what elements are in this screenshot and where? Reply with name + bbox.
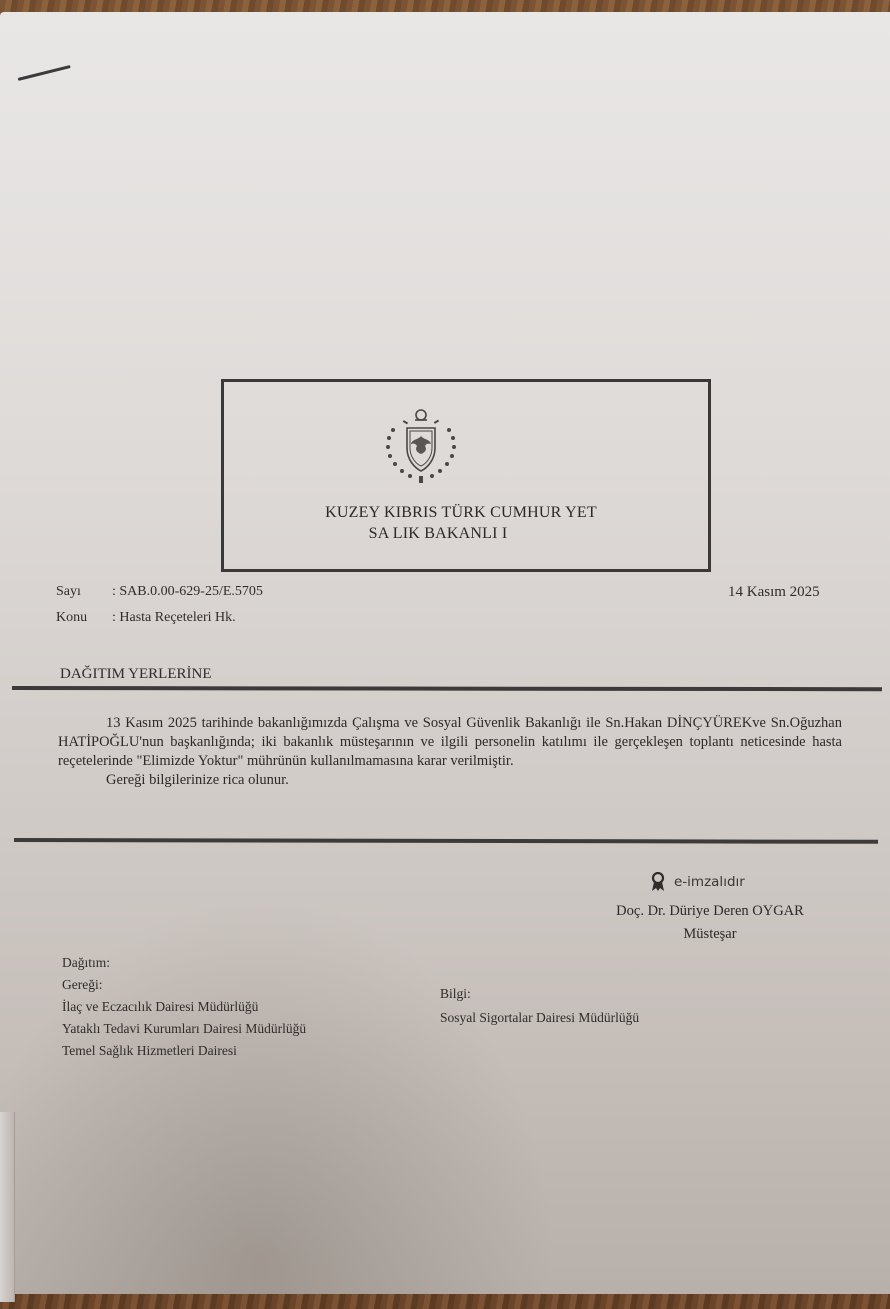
signer-title: Müsteşar	[660, 926, 760, 943]
ribbon-badge-icon	[650, 872, 666, 892]
letterhead-box: KUZEY KIBRIS TÜRK CUMHUR YET SA LIK BAKA…	[221, 379, 711, 572]
distribution-heading: Dağıtım:	[62, 952, 306, 974]
body-rule	[14, 838, 878, 844]
reference-number-label: Sayı	[56, 584, 112, 600]
document-date: 14 Kasım 2025	[728, 584, 820, 601]
letter-body: 13 Kasım 2025 tarihinde bakanlığımızda Ç…	[58, 714, 842, 790]
subject-label: Konu	[56, 610, 112, 626]
addressee-heading: DAĞITIM YERLERİNE	[60, 666, 212, 683]
body-paragraph: 13 Kasım 2025 tarihinde bakanlığımızda Ç…	[58, 714, 842, 771]
signer-name: Doç. Dr. Düriye Deren OYGAR	[590, 903, 830, 920]
e-signature-stamp: e-imzalıdır	[650, 872, 745, 892]
info-label: Bilgi:	[440, 982, 639, 1006]
letterhead-line-2: SA LIK BAKANLI I	[196, 525, 680, 543]
action-recipient: Yataklı Tedavi Kurumları Dairesi Müdürlü…	[62, 1018, 306, 1040]
addressee-rule	[12, 686, 882, 691]
action-label: Gereği:	[62, 974, 306, 996]
e-signature-text: e-imzalıdır	[674, 874, 745, 890]
subject-value: : Hasta Reçeteleri Hk.	[112, 610, 236, 625]
underlying-page-edge	[0, 1112, 15, 1302]
document-page: KUZEY KIBRIS TÜRK CUMHUR YET SA LIK BAKA…	[0, 12, 890, 1294]
subject-row: Konu: Hasta Reçeteleri Hk.	[56, 610, 236, 626]
distribution-list: Dağıtım: Gereği: İlaç ve Eczacılık Daire…	[62, 952, 306, 1062]
letterhead-line-1: KUZEY KIBRIS TÜRK CUMHUR YET	[219, 504, 703, 522]
body-closing: Gereği bilgilerinize rica olunur.	[58, 771, 842, 790]
information-list: Bilgi: Sosyal Sigortalar Dairesi Müdürlü…	[440, 982, 639, 1030]
info-recipient: Sosyal Sigortalar Dairesi Müdürlüğü	[440, 1006, 639, 1030]
coat-of-arms-emblem-icon	[379, 406, 463, 486]
reference-number-row: Sayı: SAB.0.00-629-25/E.5705	[56, 584, 263, 600]
reference-number-value: : SAB.0.00-629-25/E.5705	[112, 584, 263, 599]
action-recipient: Temel Sağlık Hizmetleri Dairesi	[62, 1040, 306, 1062]
action-recipient: İlaç ve Eczacılık Dairesi Müdürlüğü	[62, 996, 306, 1018]
pen-mark	[18, 65, 71, 81]
